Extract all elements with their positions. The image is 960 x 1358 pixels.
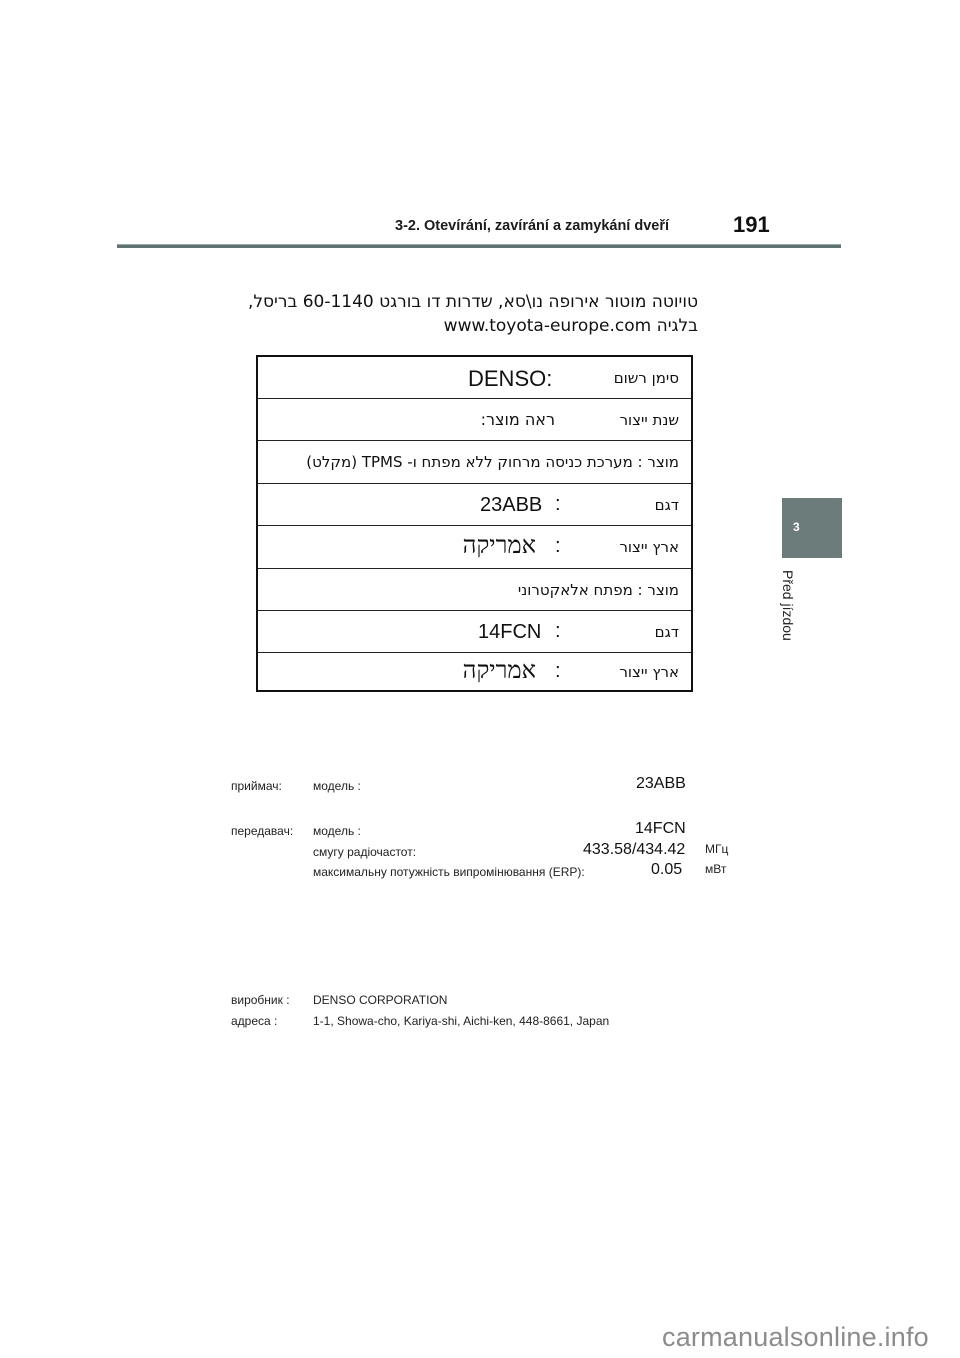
table-row-country-key: ארץ ייצור : אמריקה (258, 653, 691, 690)
hebrew-address-line1: טויוטה מוטור אירופה נו\סא, שדרות דו בורג… (218, 290, 698, 314)
manufacturer-label: виробник : (231, 993, 290, 1007)
row-colon: : (555, 660, 561, 683)
row-full-text: מוצר : מערכת כניסה מרחוק ללא מפתח ו- TPM… (306, 453, 679, 471)
row-label: דגם (655, 623, 679, 641)
frequency-value: 433.58/434.42 (583, 841, 685, 859)
row-full-text: מוצר : מפתח אלאקטרוני (518, 581, 679, 599)
power-value: 0.05 (651, 861, 682, 879)
section-title: 3-2. Otevírání, zavírání a zamykání dveř… (395, 218, 669, 234)
row-colon: : (555, 493, 561, 516)
chapter-label: Před jízdou (780, 570, 796, 641)
chapter-label-container: Před jízdou (780, 570, 800, 670)
row-label: שנת ייצור (620, 411, 679, 429)
receiver-label: приймач: (231, 779, 282, 793)
row-value: ראה מוצר: (481, 410, 555, 429)
chapter-tab: 3 (782, 498, 842, 558)
hebrew-spec-table: סימן רשום DENSO: שנת ייצור ראה מוצר: מוצ… (256, 355, 693, 692)
table-row-country-receiver: ארץ ייצור : אמריקה (258, 526, 691, 569)
receiver-model-label: модель : (313, 779, 361, 793)
row-value: 14FCN (478, 621, 541, 644)
manufacturer-value: DENSO CORPORATION (313, 993, 447, 1007)
row-value: 23ABB (480, 494, 542, 517)
address-label: адреса : (231, 1014, 277, 1028)
power-label: максимальну потужність випромінювання (E… (313, 865, 585, 879)
table-row-product-receiver: מוצר : מערכת כניסה מרחוק ללא מפתח ו- TPM… (258, 441, 691, 484)
table-row-product-key: מוצר : מפתח אלאקטרוני (258, 569, 691, 611)
table-row-registered-mark: סימן רשום DENSO: (258, 357, 691, 399)
row-label: סימן רשום (614, 369, 679, 387)
row-value: DENSO: (468, 366, 552, 392)
row-value: אמריקה (463, 656, 536, 685)
row-label: דגם (655, 496, 679, 514)
row-label: ארץ ייצור (619, 538, 679, 556)
header-divider (117, 244, 841, 248)
row-colon: : (555, 535, 561, 558)
watermark: carmanualsonline.info (662, 1322, 929, 1353)
receiver-model-value: 23ABB (636, 775, 686, 793)
table-row-model-key: דגם : 14FCN (258, 611, 691, 653)
address-value: 1-1, Showa-cho, Kariya-shi, Aichi-ken, 4… (313, 1014, 609, 1028)
table-row-production-year: שנת ייצור ראה מוצר: (258, 399, 691, 441)
row-colon: : (555, 620, 561, 643)
transmitter-model-value: 14FCN (635, 820, 686, 838)
row-value: אמריקה (463, 531, 536, 560)
frequency-label: смугу радіочастот: (313, 845, 416, 859)
row-label: ארץ ייצור (619, 663, 679, 681)
hebrew-address-line2: בלגיה www.toyota-europe.com (218, 314, 698, 338)
power-unit: мВт (705, 862, 726, 876)
chapter-number: 3 (793, 520, 800, 534)
table-row-model-receiver: דגם : 23ABB (258, 484, 691, 526)
frequency-unit: МГц (705, 842, 728, 856)
transmitter-model-label: модель : (313, 824, 361, 838)
transmitter-label: передавач: (231, 824, 293, 838)
page-number: 191 (733, 212, 770, 238)
hebrew-address: טויוטה מוטור אירופה נו\סא, שדרות דו בורג… (218, 290, 698, 338)
